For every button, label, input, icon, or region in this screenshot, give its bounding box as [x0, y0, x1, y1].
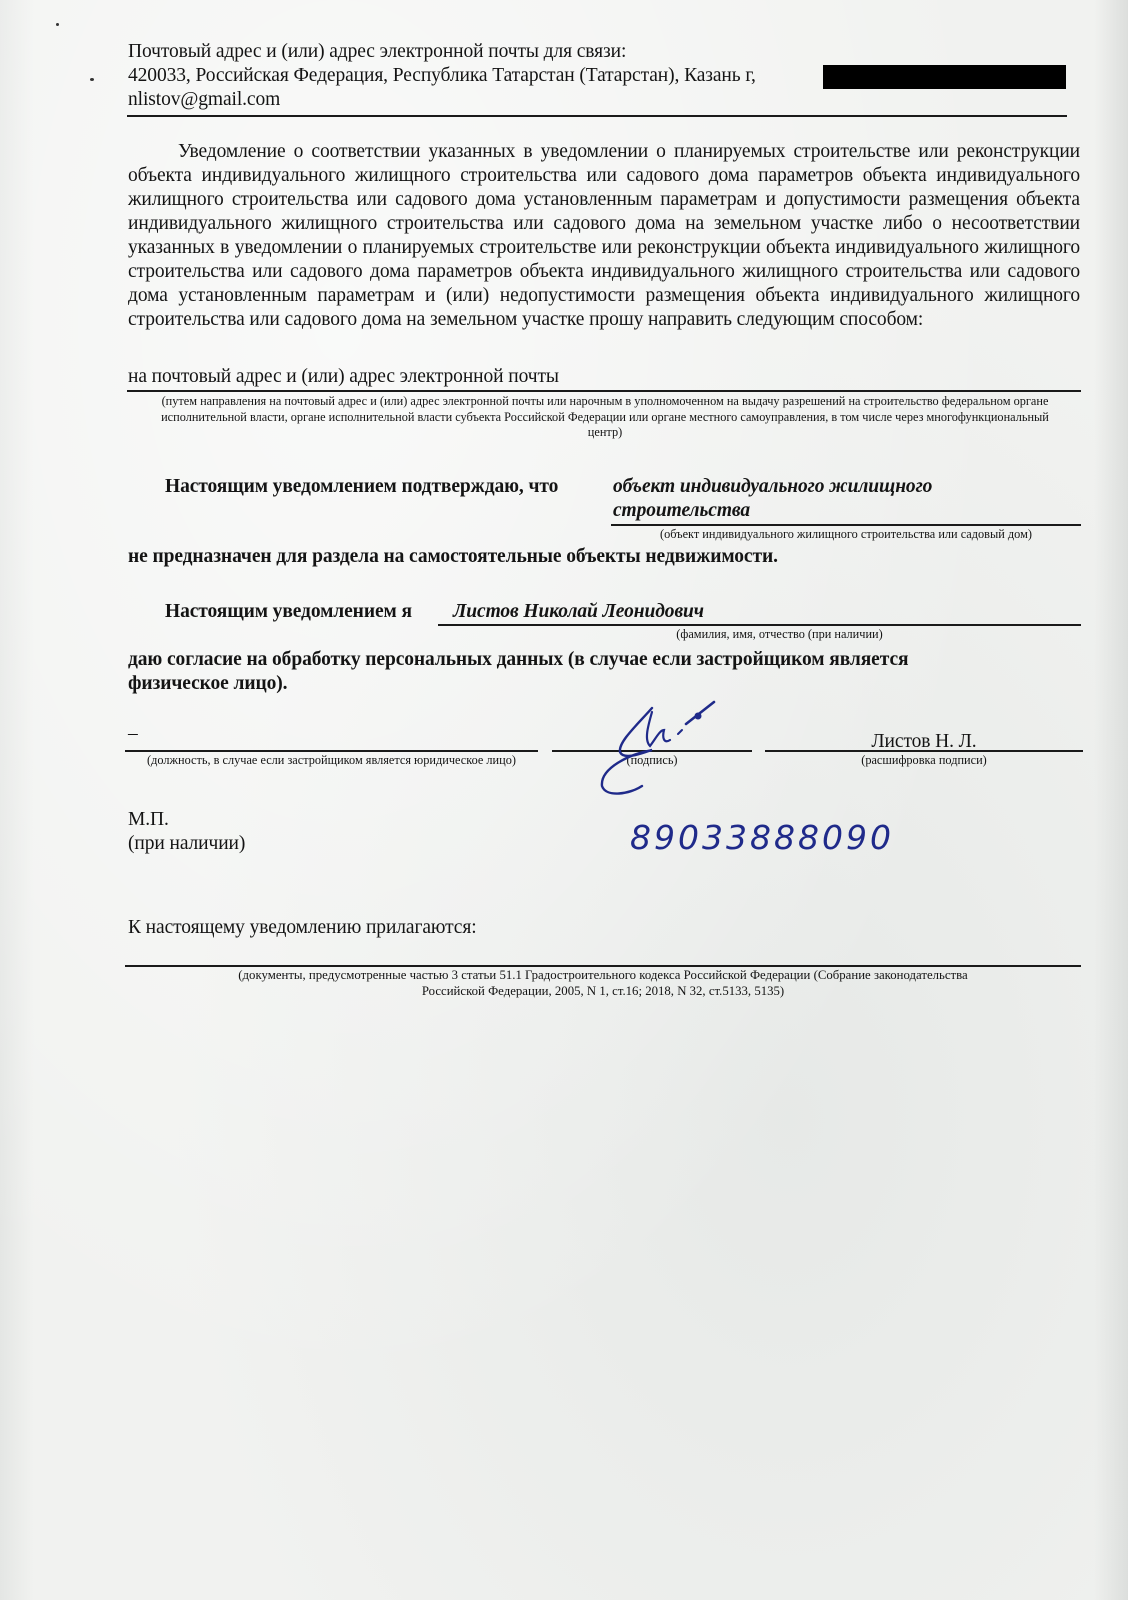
delivery-underline: [127, 390, 1081, 392]
contact-label: Почтовый адрес и (или) адрес электронной…: [128, 40, 626, 63]
attachments-hint-line1: (документы, предусмотренные частью 3 ста…: [125, 968, 1081, 984]
contact-address: 420033, Российская Федерация, Республика…: [128, 64, 756, 87]
consent-lead: Настоящим уведомлением я: [165, 600, 412, 623]
confirm-lead: Настоящим уведомлением подтверждаю, что: [165, 475, 558, 498]
handwritten-phone-number: 89033888090: [630, 818, 894, 857]
stamp-optional-note: (при наличии): [128, 832, 245, 855]
consent-underline: [438, 624, 1081, 626]
position-value: –: [128, 722, 138, 745]
consent-tail-line1: даю согласие на обработку персональных д…: [128, 648, 908, 671]
stamp-label: М.П.: [128, 808, 169, 831]
position-underline: [125, 750, 538, 752]
consent-name-value: Листов Николай Леонидович: [453, 600, 704, 623]
confirm-underline: [611, 524, 1081, 526]
confirm-tail: не предназначен для раздела на самостоят…: [128, 545, 778, 568]
consent-tail-line2: физическое лицо).: [128, 672, 287, 695]
delivery-method-hint: (путем направления на почтовый адрес и (…: [150, 394, 1060, 441]
consent-name-hint: (фамилия, имя, отчество (при наличии): [438, 627, 1081, 643]
scan-speck: [90, 78, 94, 81]
signature-decode-hint: (расшифровка подписи): [765, 753, 1083, 769]
delivery-method-value: на почтовый адрес и (или) адрес электрон…: [128, 365, 559, 388]
contact-email: nlistov@gmail.com: [128, 88, 280, 111]
contact-underline: [127, 115, 1067, 117]
attachments-hint-line2: Российской Федерации, 2005, N 1, ст.16; …: [125, 984, 1081, 1000]
position-hint: (должность, в случае если застройщиком я…: [125, 753, 538, 769]
signature-decode-underline: [765, 750, 1083, 752]
attachments-label: К настоящему уведомлению прилагаются:: [128, 916, 477, 939]
confirm-object-hint: (объект индивидуального жилищного строит…: [611, 527, 1081, 543]
confirm-object-value-line2: строительства: [613, 499, 750, 522]
confirm-object-value-line1: объект индивидуального жилищного: [613, 475, 932, 498]
notice-paragraph: Уведомление о соответствии указанных в у…: [128, 140, 1080, 332]
handwritten-signature-icon: [590, 690, 740, 800]
scan-speck: [56, 23, 59, 26]
attachments-underline: [125, 965, 1081, 967]
redacted-address-block: [823, 65, 1066, 89]
